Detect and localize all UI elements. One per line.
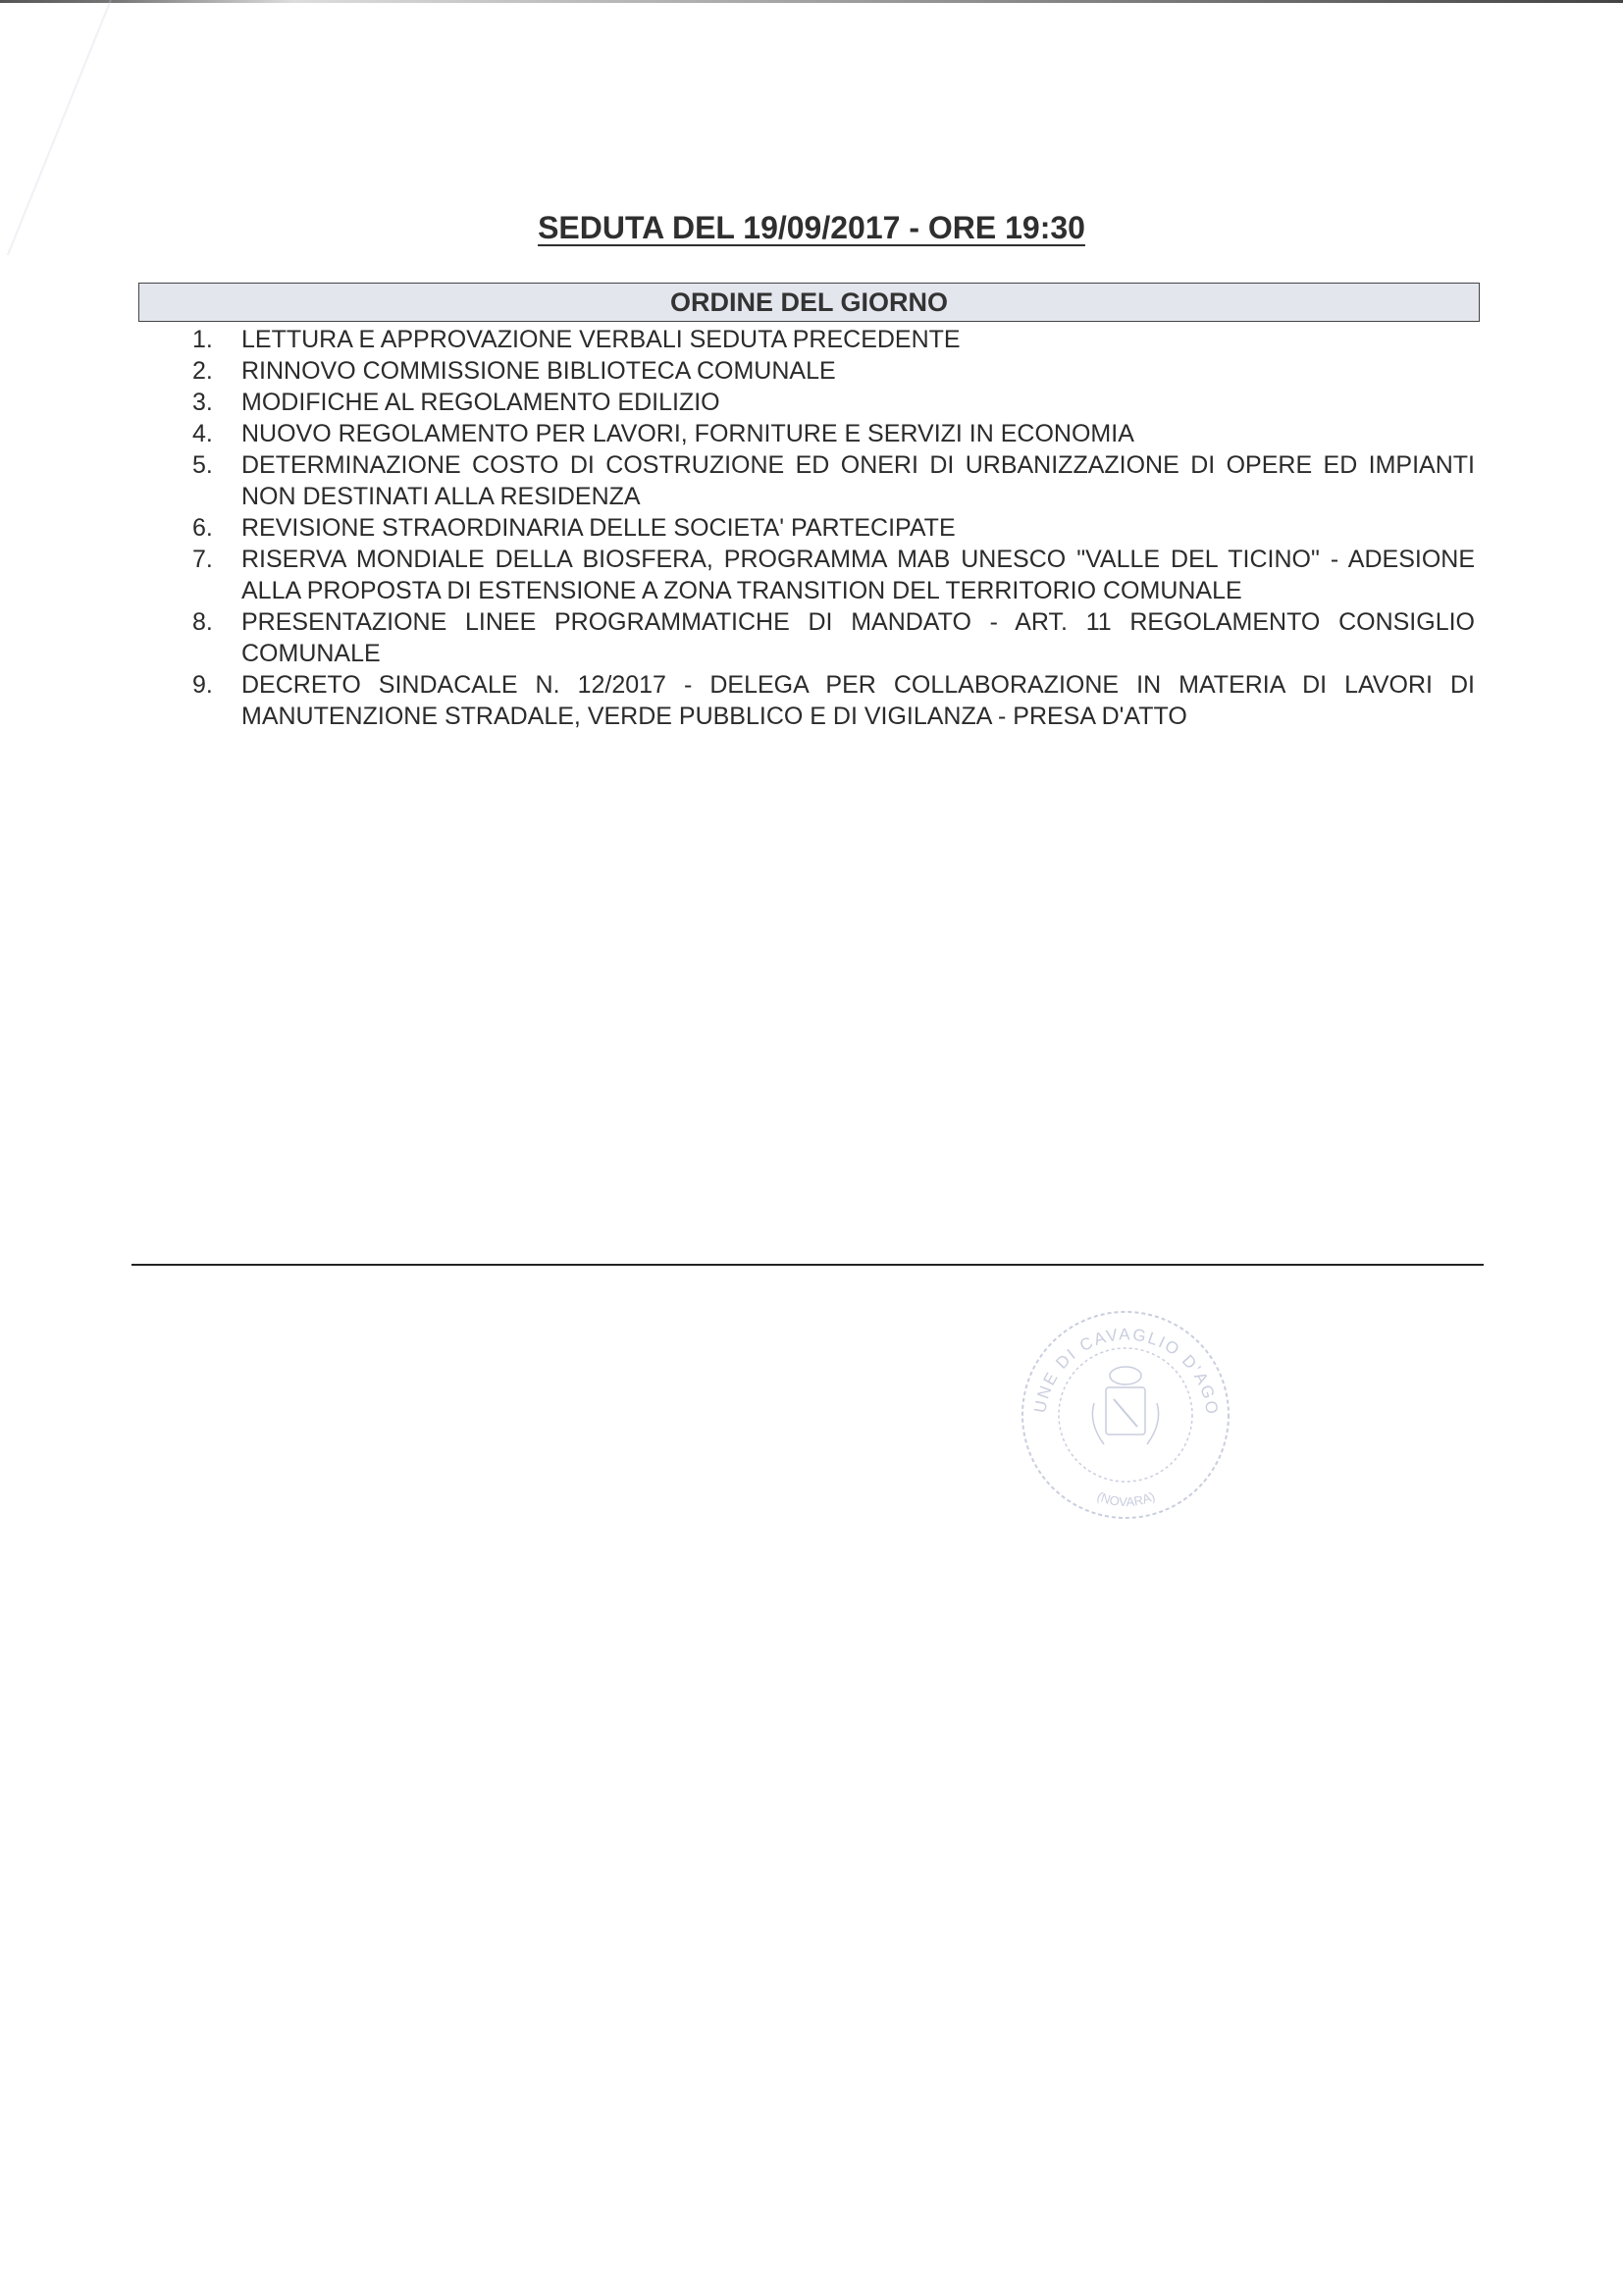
agenda-item-number: 7. — [192, 544, 241, 606]
agenda-item-number: 6. — [192, 512, 241, 544]
agenda-item-text: REVISIONE STRAORDINARIA DELLE SOCIETA' P… — [241, 512, 1475, 544]
page-title: SEDUTA DEL 19/09/2017 - ORE 19:30 — [0, 210, 1623, 246]
agenda-item-number: 9. — [192, 669, 241, 732]
horizontal-divider — [131, 1264, 1484, 1266]
agenda-item-text: DETERMINAZIONE COSTO DI COSTRUZIONE ED O… — [241, 449, 1475, 512]
agenda-item-number: 1. — [192, 324, 241, 355]
agenda-item-number: 3. — [192, 387, 241, 418]
agenda-item-number: 4. — [192, 418, 241, 449]
agenda-item: 8.PRESENTAZIONE LINEE PROGRAMMATICHE DI … — [192, 606, 1475, 669]
agenda-item-text: NUOVO REGOLAMENTO PER LAVORI, FORNITURE … — [241, 418, 1475, 449]
agenda-item-text: LETTURA E APPROVAZIONE VERBALI SEDUTA PR… — [241, 324, 1475, 355]
agenda-item: 7.RISERVA MONDIALE DELLA BIOSFERA, PROGR… — [192, 544, 1475, 606]
agenda-item: 5.DETERMINAZIONE COSTO DI COSTRUZIONE ED… — [192, 449, 1475, 512]
stamp-subtext: (NOVARA) — [1095, 1488, 1157, 1509]
agenda-item-number: 8. — [192, 606, 241, 669]
agenda-list: 1.LETTURA E APPROVAZIONE VERBALI SEDUTA … — [192, 324, 1475, 732]
agenda-item-text: RISERVA MONDIALE DELLA BIOSFERA, PROGRAM… — [241, 544, 1475, 606]
municipal-seal-icon: COMUNE DI CAVAGLIO D'AGOGNA (NOVARA) — [1016, 1305, 1236, 1526]
agenda-item-number: 2. — [192, 355, 241, 387]
svg-text:COMUNE DI CAVAGLIO D'AGOGNA: COMUNE DI CAVAGLIO D'AGOGNA — [1016, 1305, 1222, 1417]
agenda-item: 1.LETTURA E APPROVAZIONE VERBALI SEDUTA … — [192, 324, 1475, 355]
agenda-item: 9.DECRETO SINDACALE N. 12/2017 - DELEGA … — [192, 669, 1475, 732]
agenda-item-text: RINNOVO COMMISSIONE BIBLIOTECA COMUNALE — [241, 355, 1475, 387]
agenda-item: 3.MODIFICHE AL REGOLAMENTO EDILIZIO — [192, 387, 1475, 418]
agenda-item: 2.RINNOVO COMMISSIONE BIBLIOTECA COMUNAL… — [192, 355, 1475, 387]
section-header: ORDINE DEL GIORNO — [138, 283, 1480, 322]
agenda-item-text: MODIFICHE AL REGOLAMENTO EDILIZIO — [241, 387, 1475, 418]
stamp-text: COMUNE DI CAVAGLIO D'AGOGNA — [1016, 1305, 1222, 1417]
agenda-item-number: 5. — [192, 449, 241, 512]
agenda-item-text: DECRETO SINDACALE N. 12/2017 - DELEGA PE… — [241, 669, 1475, 732]
svg-text:(NOVARA): (NOVARA) — [1095, 1488, 1157, 1509]
agenda-item: 6.REVISIONE STRAORDINARIA DELLE SOCIETA'… — [192, 512, 1475, 544]
scan-top-edge — [0, 0, 1623, 3]
agenda-item: 4.NUOVO REGOLAMENTO PER LAVORI, FORNITUR… — [192, 418, 1475, 449]
agenda-item-text: PRESENTAZIONE LINEE PROGRAMMATICHE DI MA… — [241, 606, 1475, 669]
